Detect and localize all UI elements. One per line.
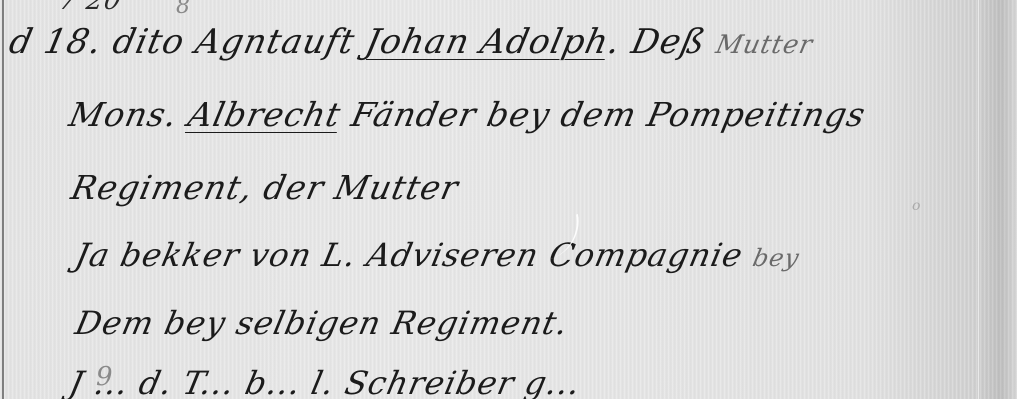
page-right-shadow	[977, 0, 1017, 399]
handwritten-line-6: J ... d. T... b... l. Schreiber g...	[66, 364, 584, 399]
handwritten-line-4: Ja bekker von L. Adviseren Compagnie bey	[72, 236, 804, 274]
handwritten-line-1: d 18. dito Agntauft Johan Adolph. Deß Mu…	[6, 22, 818, 62]
handwritten-line-5: Dem bey selbigen Regiment.	[72, 304, 572, 342]
page-left-edge	[2, 0, 4, 399]
line-text-after: Fänder bey dem Pompeitings	[336, 95, 869, 134]
line-text: d 18. dito Agntauft	[6, 22, 371, 62]
faded-word: Mutter	[713, 30, 816, 60]
line-text: Mons.	[66, 95, 193, 134]
document-page: 8 o 7 20 d 18. dito Agntauft Johan Adolp…	[0, 0, 1017, 399]
underlined-name: Albrecht	[185, 95, 345, 134]
handwritten-line-0: 7 20	[57, 0, 125, 16]
handwritten-line-3: Regiment, der Mutter	[68, 168, 462, 207]
underlined-name: Johan Adolph	[362, 22, 613, 62]
line-text: J ... d. T... b... l. Schreiber g...	[66, 364, 584, 399]
line-text: Ja bekker von L. Adviseren Compagnie	[72, 236, 758, 274]
pencil-mark-margin: o	[912, 198, 920, 214]
handwritten-line-2: Mons. Albrecht Fänder bey dem Pompeiting…	[66, 95, 870, 134]
line-text: 7 20	[57, 0, 125, 16]
line-text: Regiment, der Mutter	[68, 168, 462, 207]
faded-word: bey	[750, 244, 802, 272]
line-text-after: . Deß	[604, 22, 721, 62]
line-text: Dem bey selbigen Regiment.	[72, 304, 572, 342]
pencil-mark-top: 8	[176, 0, 190, 19]
